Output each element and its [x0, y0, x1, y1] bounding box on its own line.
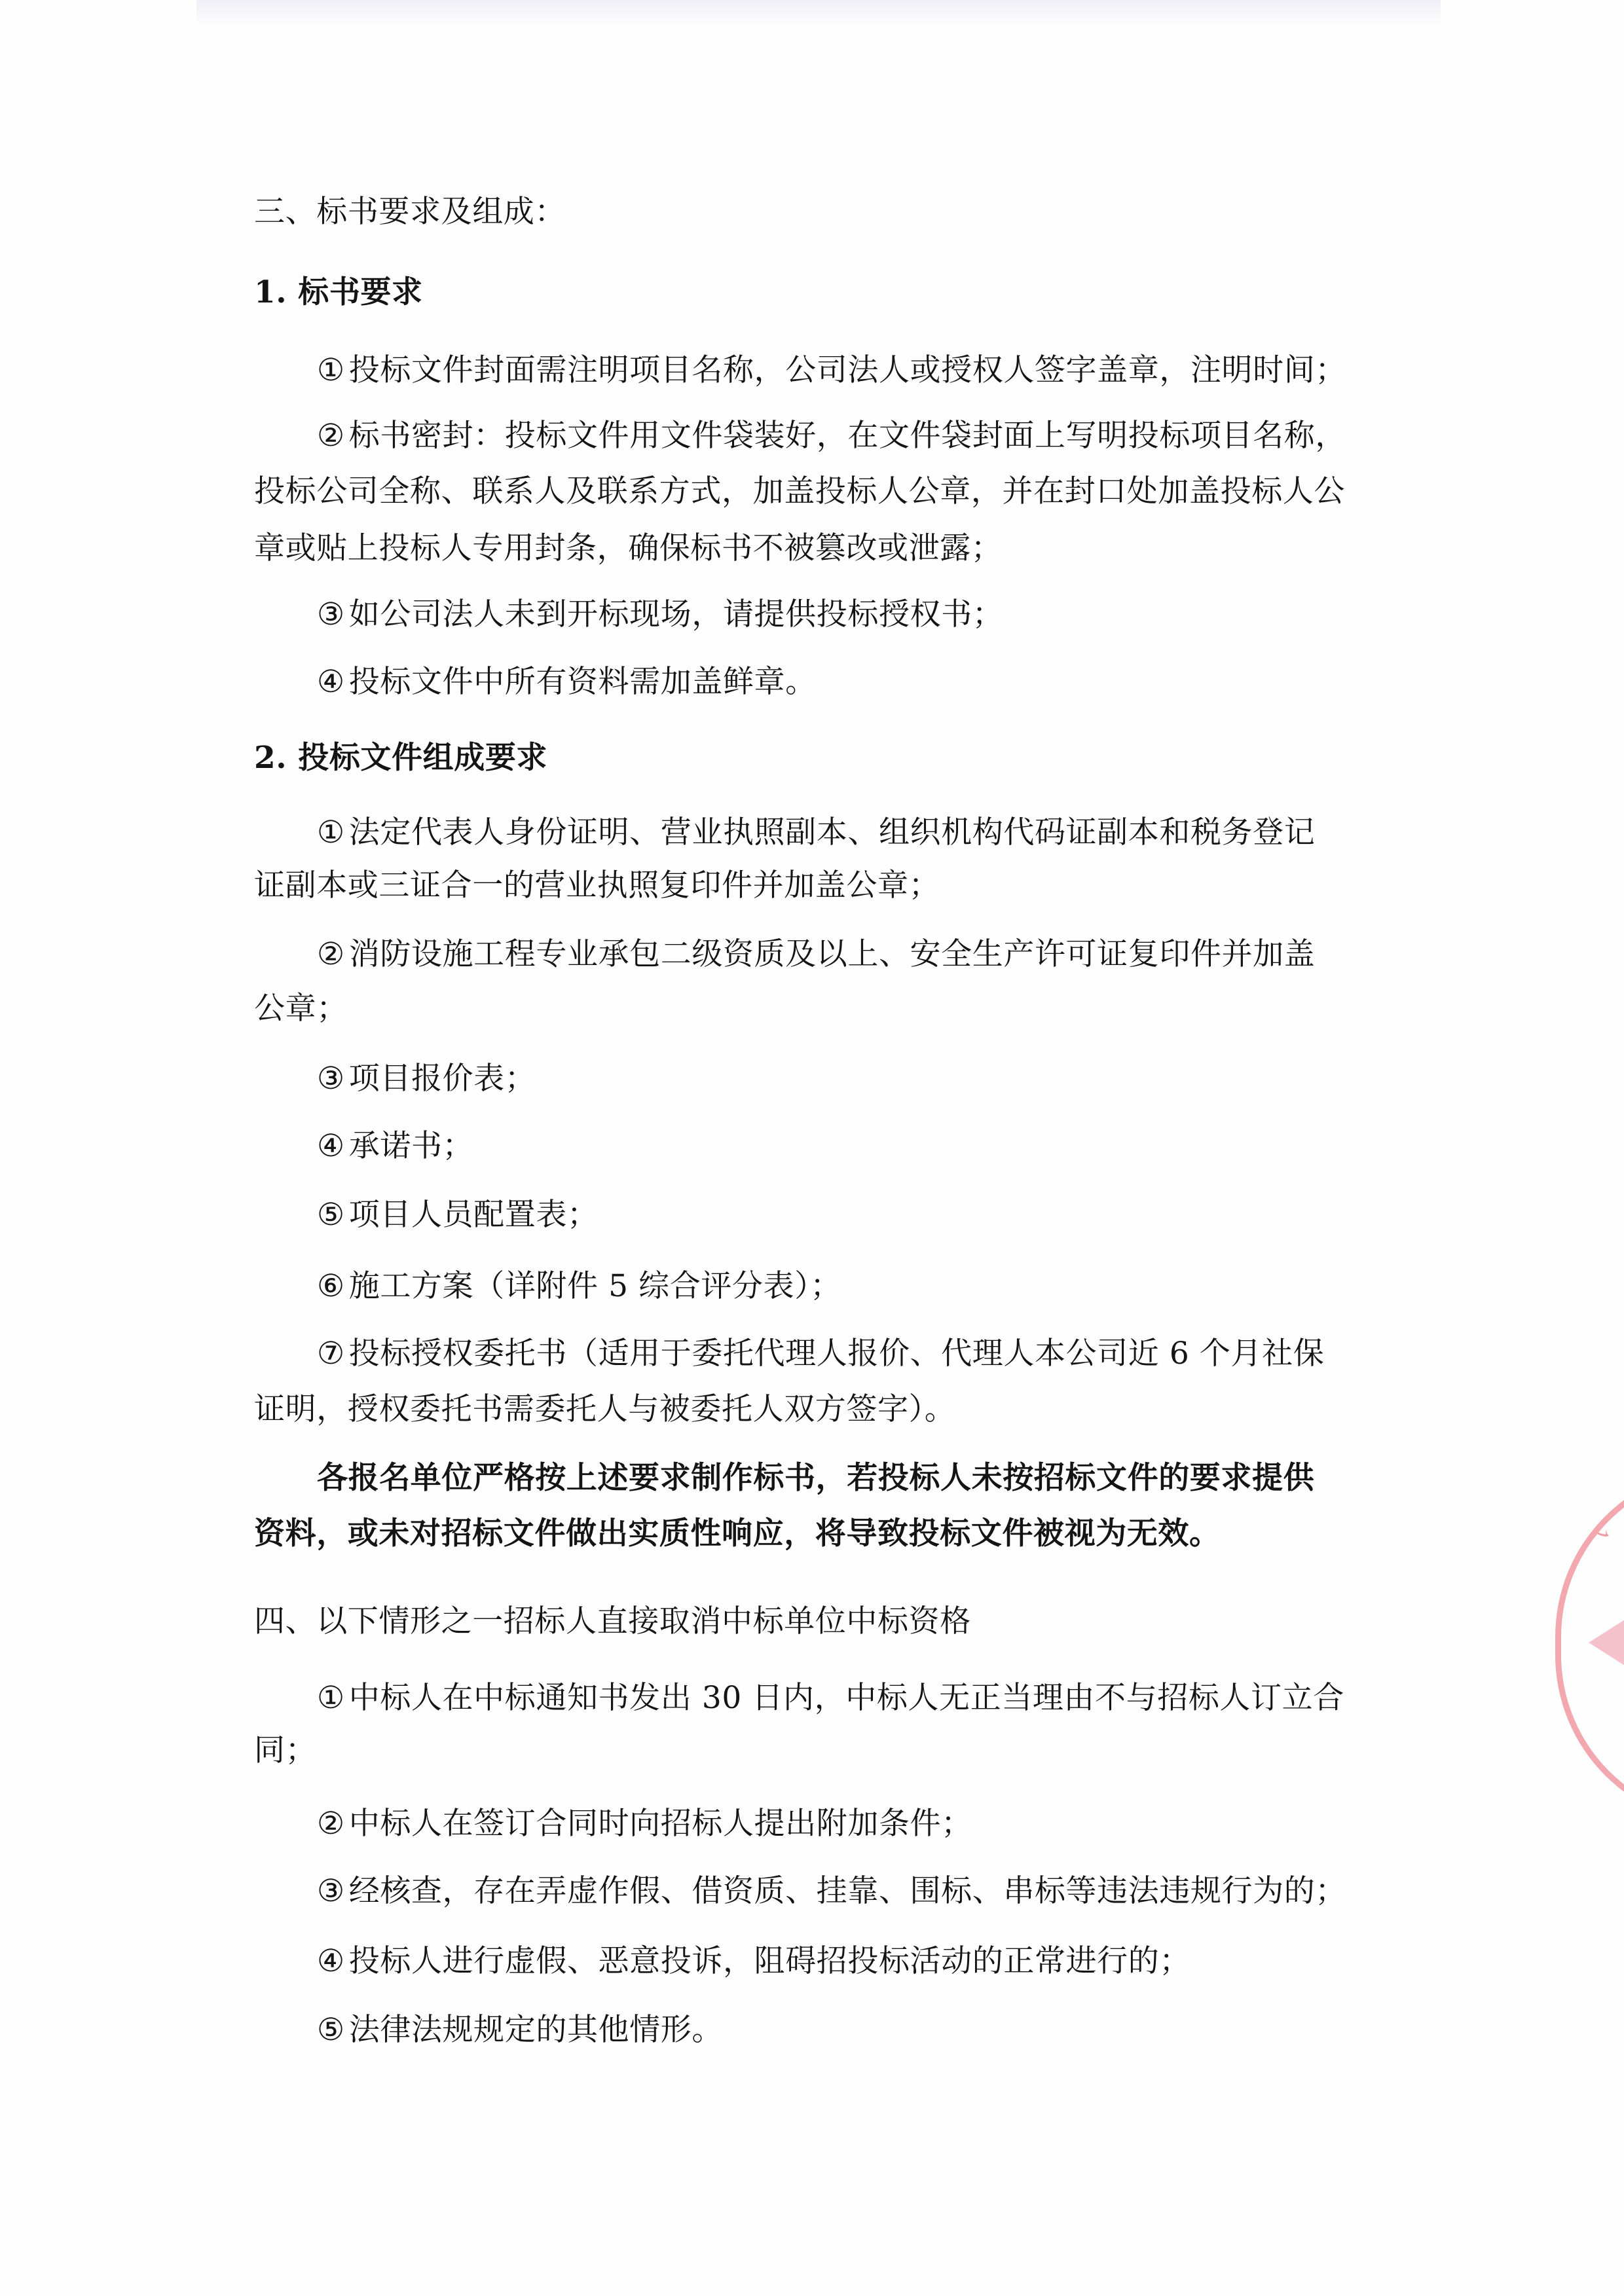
item-number: ①	[317, 814, 345, 851]
item-text: 中标人在中标通知书发出 30 日内，中标人无正当理由不与招标人订立合	[349, 1680, 1344, 1716]
item-number: ②	[317, 1806, 345, 1842]
section-3-heading: 三、标书要求及组成：	[254, 194, 1393, 230]
item-number: ④	[317, 664, 345, 701]
requirement-item-4: ④投标文件中所有资料需加盖鲜章。	[317, 664, 1456, 701]
disqualification-item-1-cont: 同；	[254, 1732, 1393, 1769]
item-number: ④	[317, 1128, 345, 1165]
requirement-item-1: ①投标文件封面需注明项目名称，公司法人或授权人签字盖章，注明时间；	[317, 352, 1456, 389]
item-text: 投标文件封面需注明项目名称，公司法人或授权人签字盖章，注明时间；	[349, 352, 1346, 388]
requirement-item-2-cont-2: 章或贴上投标人专用封条，确保标书不被篡改或泄露；	[254, 530, 1393, 567]
item-text: 法定代表人身份证明、营业执照副本、组织机构代码证副本和税务登记	[349, 814, 1316, 850]
item-number: ①	[317, 1680, 345, 1717]
composition-item-1-cont: 证副本或三证合一的营业执照复印件并加盖公章；	[254, 867, 1393, 904]
section-4-heading: 四、以下情形之一招标人直接取消中标单位中标资格	[254, 1603, 1393, 1640]
item-text: 施工方案（详附件 5 综合评分表）；	[349, 1268, 841, 1304]
item-text: 投标文件中所有资料需加盖鲜章。	[349, 664, 817, 700]
disqualification-item-5: ⑤法律法规规定的其他情形。	[317, 2012, 1456, 2049]
item-text: 投标授权委托书（适用于委托代理人报价、代理人本公司近 6 个月社保	[349, 1336, 1325, 1372]
composition-item-6: ⑥施工方案（详附件 5 综合评分表）；	[317, 1268, 1456, 1305]
item-number: ③	[317, 596, 345, 633]
requirement-item-3: ③如公司法人未到开标现场，请提供投标授权书；	[317, 596, 1456, 633]
disqualification-item-3: ③经核查，存在弄虚作假、借资质、挂靠、围标、串标等违法违规行为的；	[317, 1873, 1456, 1910]
subsection-1-heading: 1. 标书要求	[254, 274, 1393, 311]
disqualification-item-4: ④投标人进行虚假、恶意投诉，阻碍招投标活动的正常进行的；	[317, 1943, 1456, 1980]
item-number: ③	[317, 1873, 345, 1910]
disqualification-item-1: ①中标人在中标通知书发出 30 日内，中标人无正当理由不与招标人订立合	[317, 1680, 1456, 1717]
item-number: ⑥	[317, 1268, 345, 1305]
composition-item-5: ⑤项目人员配置表；	[317, 1197, 1456, 1233]
item-text: 标书密封：投标文件用文件袋装好，在文件袋封面上写明投标项目名称，	[349, 418, 1346, 454]
seal-char: 茂	[1569, 1501, 1612, 1552]
composition-item-2: ②消防设施工程专业承包二级资质及以上、安全生产许可证复印件并加盖	[317, 936, 1456, 973]
notice-paragraph-line-2: 资料，或未对招标文件做出实质性响应，将导致投标文件被视为无效。	[254, 1516, 1393, 1552]
composition-item-1: ①法定代表人身份证明、营业执照副本、组织机构代码证副本和税务登记	[317, 814, 1456, 851]
item-number: ⑦	[317, 1336, 345, 1372]
item-number: ⑤	[317, 1197, 345, 1233]
item-text: 投标人进行虚假、恶意投诉，阻碍招投标活动的正常进行的；	[349, 1943, 1190, 1979]
item-number: ⑤	[317, 2012, 345, 2049]
disqualification-item-2: ②中标人在签订合同时向招标人提出附加条件；	[317, 1806, 1456, 1842]
composition-item-7: ⑦投标授权委托书（适用于委托代理人报价、代理人本公司近 6 个月社保	[317, 1336, 1456, 1372]
item-text: 如公司法人未到开标现场，请提供投标授权书；	[349, 596, 1004, 632]
item-number: ②	[317, 936, 345, 973]
composition-item-2-cont: 公章；	[254, 991, 1393, 1027]
seal-char: 公	[1560, 1731, 1600, 1781]
subsection-2-heading: 2. 投标文件组成要求	[254, 740, 1393, 776]
scan-edge-shade	[196, 0, 1441, 26]
item-number: ②	[317, 418, 345, 454]
item-text: 项目人员配置表；	[349, 1197, 599, 1233]
requirement-item-2-cont-1: 投标公司全称、联系人及联系方式，加盖投标人公章，并在封口处加盖投标人公	[254, 473, 1393, 510]
item-number: ③	[317, 1061, 345, 1097]
item-text: 中标人在签订合同时向招标人提出附加条件；	[349, 1806, 972, 1842]
item-number: ④	[317, 1943, 345, 1980]
item-text: 消防设施工程专业承包二级资质及以上、安全生产许可证复印件并加盖	[349, 936, 1316, 972]
notice-paragraph-line-1: 各报名单位严格按上述要求制作标书，若投标人未按招标文件的要求提供	[317, 1460, 1456, 1497]
requirement-item-2: ②标书密封：投标文件用文件袋装好，在文件袋封面上写明投标项目名称，	[317, 418, 1456, 454]
seal-star-icon	[1589, 1618, 1624, 1667]
composition-item-7-cont: 证明，授权委托书需委托人与被委托人双方签字）。	[254, 1391, 1393, 1428]
composition-item-3: ③项目报价表；	[317, 1061, 1456, 1097]
item-text: 经核查，存在弄虚作假、借资质、挂靠、围标、串标等违法违规行为的；	[349, 1873, 1346, 1909]
company-seal-stamp: 茂 公	[1555, 1467, 1624, 1825]
item-text: 法律法规规定的其他情形。	[349, 2012, 723, 2048]
item-number: ①	[317, 352, 345, 389]
item-text: 项目报价表；	[349, 1061, 536, 1097]
item-text: 承诺书；	[349, 1128, 473, 1164]
composition-item-4: ④承诺书；	[317, 1128, 1456, 1165]
